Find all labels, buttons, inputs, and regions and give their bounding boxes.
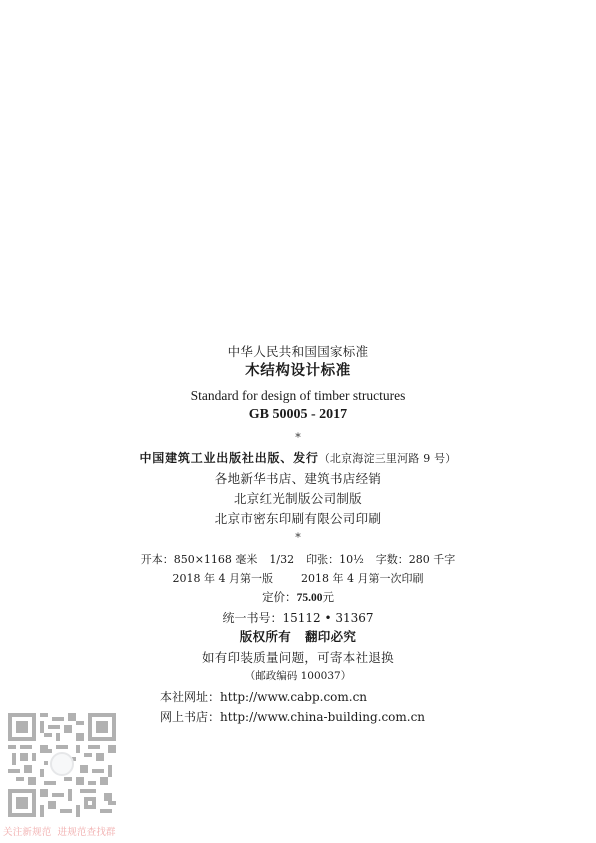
qr-caption-follow: 关注新规范 — [3, 827, 52, 838]
price-value: 75.00 — [297, 592, 323, 604]
publisher-address: （北京海淀三里河路 9 号） — [319, 452, 457, 465]
standard-code: GB 50005 - 2017 — [0, 408, 596, 422]
standard-category: 中华人民共和国国家标准 — [0, 346, 596, 359]
publisher-website[interactable]: 本社网址：http://www.cabp.com.cn — [160, 691, 367, 703]
publisher-line: 中国建筑工业出版社出版、发行（北京海淀三里河路 9 号） — [0, 452, 596, 464]
title-english: Standard for design of timber structures — [0, 389, 596, 403]
first-edition: 2018 年 4 月第一版 — [173, 572, 273, 585]
book-number: 统一书号：15112 • 31367 — [0, 612, 596, 624]
postal-code: （邮政编码 100037） — [0, 671, 596, 682]
returns-note: 如有印装质量问题，可寄本社退换 — [0, 652, 596, 665]
copyright-notice: 版权所有翻印必究 — [0, 631, 596, 644]
rights-reserved: 版权所有 — [240, 629, 291, 644]
qr-caption-group: 进规范查找群 — [58, 827, 116, 838]
edition-info: 2018 年 4 月第一版2018 年 4 月第一次印刷 — [0, 573, 596, 584]
book-specs: 开本：850×1168 毫米1/32印张：10½字数：280 千字 — [0, 554, 596, 565]
word-count: 字数：280 千字 — [376, 553, 456, 566]
first-printing: 2018 年 4 月第一次印刷 — [301, 572, 423, 585]
distributor: 各地新华书店、建筑书店经销 — [0, 473, 596, 486]
qr-caption: 关注新规范进规范查找群 — [3, 824, 116, 838]
qr-center-logo-icon — [50, 752, 74, 776]
price-line: 定价：75.00元 — [0, 592, 596, 605]
separator-star: * — [0, 432, 596, 443]
separator-star: * — [0, 532, 596, 543]
online-bookstore[interactable]: 网上书店：http://www.china-building.com.cn — [160, 711, 425, 723]
qr-code-icon[interactable] — [8, 713, 116, 817]
title-chinese: 木结构设计标准 — [0, 364, 596, 379]
price-unit: 元 — [322, 590, 334, 604]
format-fraction: 1/32 — [269, 553, 294, 566]
printer: 北京市密东印刷有限公司印刷 — [0, 513, 596, 526]
reprint-warning: 翻印必究 — [305, 629, 356, 644]
plate-maker: 北京红光制版公司制版 — [0, 493, 596, 506]
format-size: 开本：850×1168 毫米 — [141, 553, 258, 566]
price-label: 定价： — [262, 590, 297, 604]
publisher: 中国建筑工业出版社出版、发行 — [140, 451, 319, 465]
print-sheets: 印张：10½ — [306, 553, 364, 566]
